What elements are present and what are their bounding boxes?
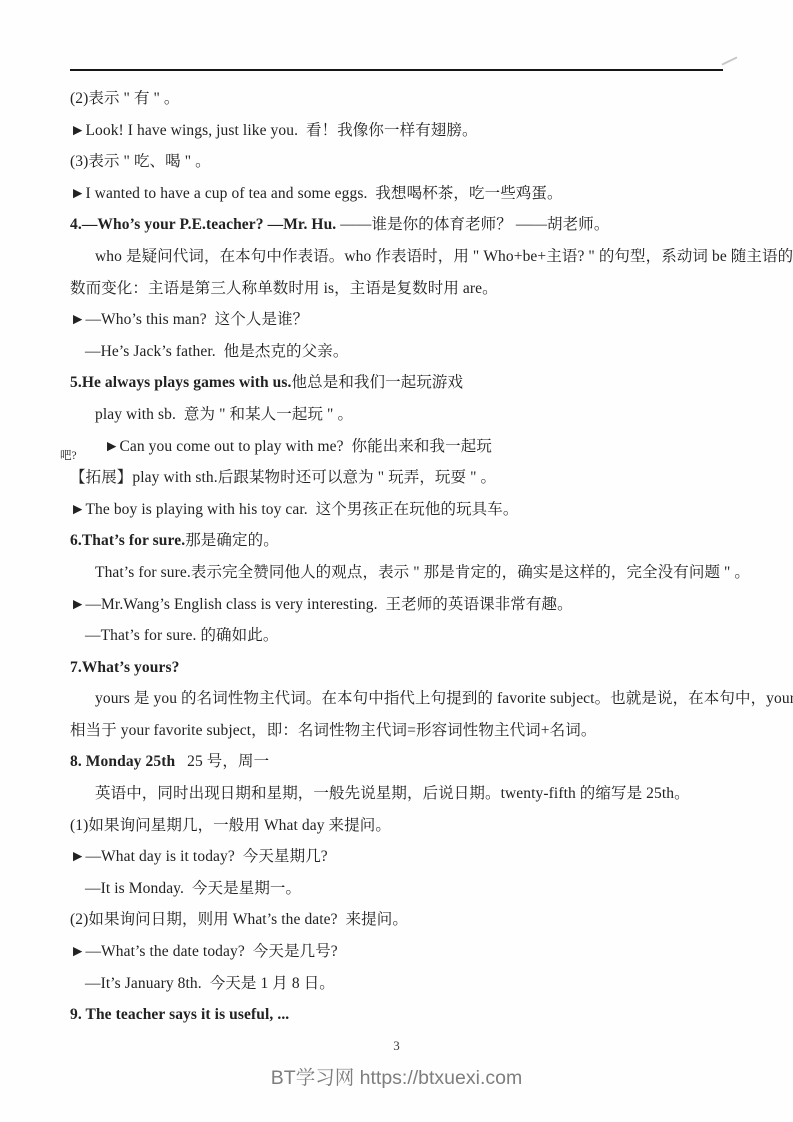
document-page: (2)表示 " 有 " 。►Look! I have wings, just l… xyxy=(0,0,793,1122)
text-segment: 8. Monday 25th xyxy=(70,753,175,770)
text-segment: (2)如果询问日期，则用 What’s the date? 来提问。 xyxy=(70,911,408,928)
text-segment: 【拓展】play with sth.后跟某物时还可以意为 " 玩弄，玩耍 " 。 xyxy=(70,469,496,486)
text-line: (2)如果询问日期，则用 What’s the date? 来提问。 xyxy=(70,904,730,936)
text-segment: (2)表示 " 有 " 。 xyxy=(70,90,180,107)
text-segment: (3)表示 " 吃、喝 " 。 xyxy=(70,153,211,170)
text-line: ►—Mr.Wang’s English class is very intere… xyxy=(70,589,730,621)
text-line: who 是疑问代词，在本句中作表语。who 作表语时，用 " Who+be+主语… xyxy=(70,241,730,273)
text-segment: That’s for sure.表示完全赞同他人的观点，表示 " 那是肯定的，确… xyxy=(95,564,750,581)
text-segment: 6.That’s for sure. xyxy=(70,532,185,549)
text-segment: 相当于 your favorite subject，即：名词性物主代词=形容词性… xyxy=(70,722,596,739)
stray-mark xyxy=(721,56,737,65)
text-segment: ►—Who’s this man? 这个人是谁？ xyxy=(70,311,308,328)
text-segment: ►I wanted to have a cup of tea and some … xyxy=(70,185,563,202)
overlap-text: 吧? xyxy=(60,451,77,463)
text-line: ►Look! I have wings, just like you. 看！我像… xyxy=(70,115,730,147)
text-segment: 5.He always plays games with us. xyxy=(70,374,292,391)
text-line: ►Can you come out to play with me? 你能出来和… xyxy=(70,431,730,463)
text-line: 英语中，同时出现日期和星期，一般先说星期，后说日期。twenty-fifth 的… xyxy=(70,778,730,810)
text-line: ►—What day is it today? 今天星期几? xyxy=(70,841,730,873)
text-segment: ►The boy is playing with his toy car. 这个… xyxy=(70,501,519,518)
text-line: 4.—Who’s your P.E.teacher? —Mr. Hu. ——谁是… xyxy=(70,209,730,241)
text-line: ►The boy is playing with his toy car. 这个… xyxy=(70,494,730,526)
text-segment: 数而变化：主语是第三人称单数时用 is，主语是复数时用 are。 xyxy=(70,280,498,297)
text-segment: 9. The teacher says it is useful, ... xyxy=(70,1006,289,1023)
text-segment: ►—Mr.Wang’s English class is very intere… xyxy=(70,596,573,613)
text-segment: ►Can you come out to play with me? 你能出来和… xyxy=(104,438,492,455)
watermark-text: BT学习网 https://btxuexi.com xyxy=(0,1062,793,1090)
text-segment: —That’s for sure. 的确如此。 xyxy=(85,627,278,644)
text-segment: 英语中，同时出现日期和星期，一般先说星期，后说日期。twenty-fifth 的… xyxy=(95,785,690,802)
text-line: 8. Monday 25th 25 号，周一 xyxy=(70,746,730,778)
text-segment: —He’s Jack’s father. 他是杰克的父亲。 xyxy=(85,343,348,360)
text-segment: play with sb. 意为 " 和某人一起玩 " 。 xyxy=(95,406,353,423)
text-line: yours 是 you 的名词性物主代词。在本句中指代上句提到的 favorit… xyxy=(70,683,730,715)
text-line: 相当于 your favorite subject，即：名词性物主代词=形容词性… xyxy=(70,715,730,747)
text-line: —That’s for sure. 的确如此。 xyxy=(70,620,730,652)
text-segment: 那是确定的。 xyxy=(185,532,279,549)
text-line: —It’s January 8th. 今天是 1 月 8 日。 xyxy=(70,968,730,1000)
text-segment: 4.—Who’s your P.E.teacher? —Mr. Hu. xyxy=(70,216,340,233)
text-line: (1)如果询问星期几，一般用 What day 来提问。 xyxy=(70,810,730,842)
text-line: ►I wanted to have a cup of tea and some … xyxy=(70,178,730,210)
text-line: —He’s Jack’s father. 他是杰克的父亲。 xyxy=(70,336,730,368)
text-segment: ►Look! I have wings, just like you. 看！我像… xyxy=(70,122,478,139)
text-segment: ►—What day is it today? 今天星期几? xyxy=(70,848,328,865)
text-line: 5.He always plays games with us.他总是和我们一起… xyxy=(70,367,730,399)
text-line: (3)表示 " 吃、喝 " 。 xyxy=(70,146,730,178)
text-segment: —It’s January 8th. 今天是 1 月 8 日。 xyxy=(85,975,335,992)
text-segment: ►—What’s the date today? 今天是几号? xyxy=(70,943,338,960)
text-line: play with sb. 意为 " 和某人一起玩 " 。 xyxy=(70,399,730,431)
header-rule xyxy=(70,69,723,71)
text-line: 吧?【拓展】play with sth.后跟某物时还可以意为 " 玩弄，玩耍 "… xyxy=(70,462,730,494)
text-line: 数而变化：主语是第三人称单数时用 is，主语是复数时用 are。 xyxy=(70,273,730,305)
text-line: ►—Who’s this man? 这个人是谁？ xyxy=(70,304,730,336)
text-segment: —It is Monday. 今天是星期一。 xyxy=(85,880,301,897)
page-number: 3 xyxy=(0,1038,793,1054)
text-line: ►—What’s the date today? 今天是几号? xyxy=(70,936,730,968)
text-line: 9. The teacher says it is useful, ... xyxy=(70,999,730,1031)
text-segment: ——谁是你的体育老师？ ——胡老师。 xyxy=(340,216,609,233)
text-line: (2)表示 " 有 " 。 xyxy=(70,83,730,115)
text-segment: (1)如果询问星期几，一般用 What day 来提问。 xyxy=(70,817,391,834)
text-line: That’s for sure.表示完全赞同他人的观点，表示 " 那是肯定的，确… xyxy=(70,557,730,589)
text-segment: 7.What’s yours? xyxy=(70,659,179,676)
text-segment: 25 号，周一 xyxy=(175,753,269,770)
text-line: —It is Monday. 今天是星期一。 xyxy=(70,873,730,905)
text-segment: 他总是和我们一起玩游戏 xyxy=(292,374,464,391)
document-body: (2)表示 " 有 " 。►Look! I have wings, just l… xyxy=(70,83,730,1031)
text-segment: yours 是 you 的名词性物主代词。在本句中指代上句提到的 favorit… xyxy=(95,690,793,707)
text-line: 6.That’s for sure.那是确定的。 xyxy=(70,525,730,557)
text-segment: who 是疑问代词，在本句中作表语。who 作表语时，用 " Who+be+主语… xyxy=(95,248,793,265)
text-line: 7.What’s yours? xyxy=(70,652,730,684)
